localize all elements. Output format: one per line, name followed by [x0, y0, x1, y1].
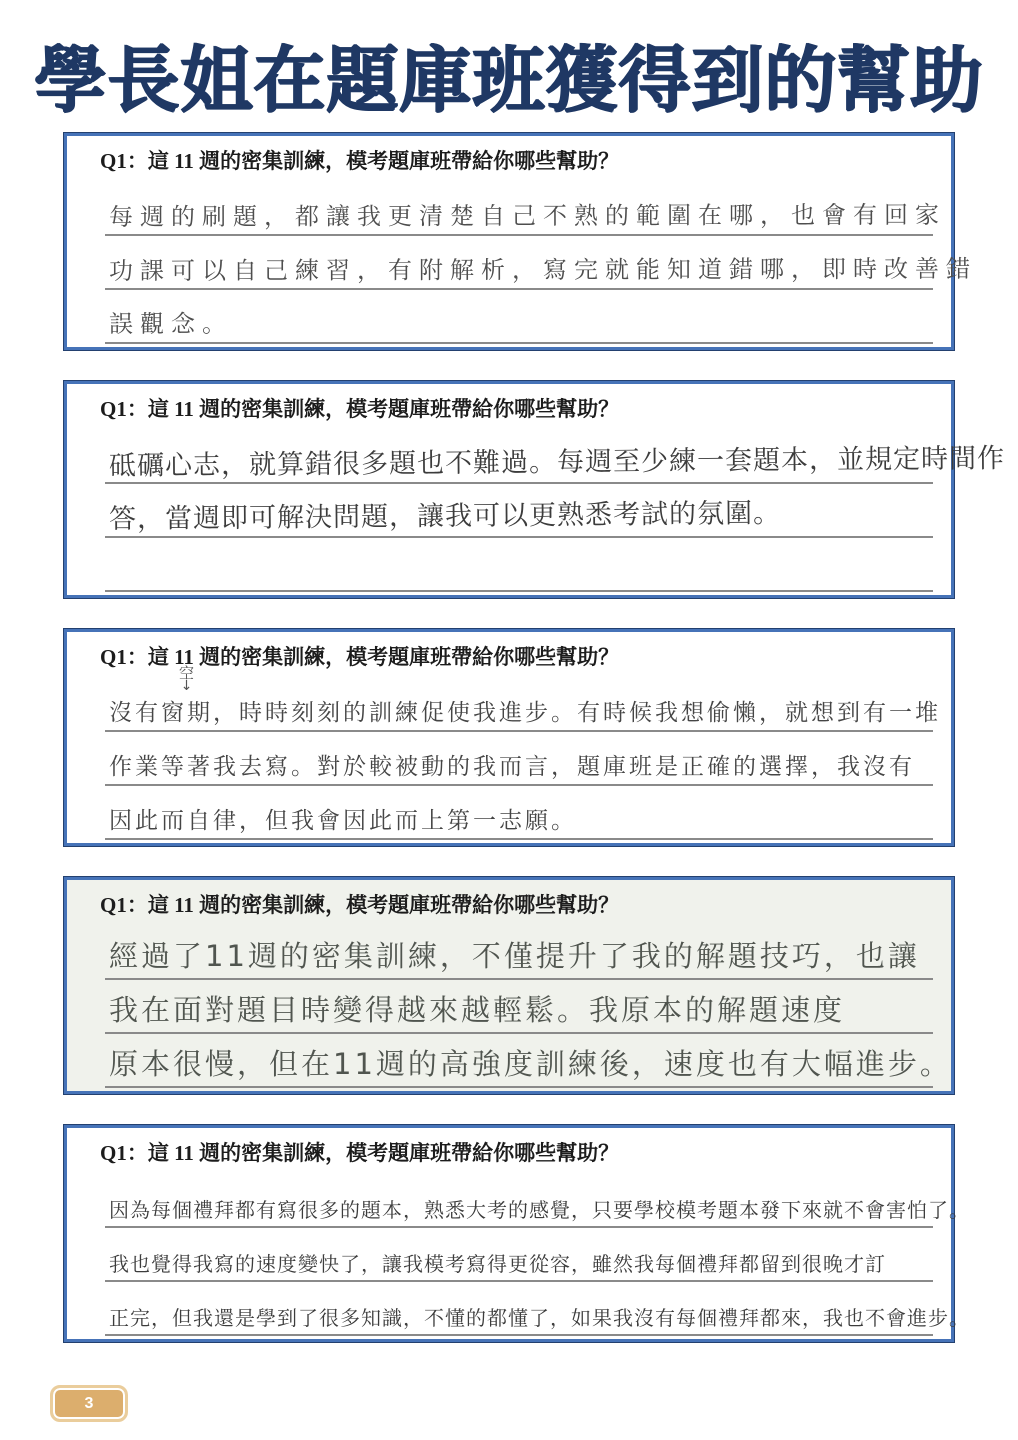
handwritten-answer-line: 我在面對題目時變得越來越輕鬆。我原本的解題速度 [109, 988, 845, 1029]
ruled-line: 砥礪心志，就算錯很多題也不難過。每週至少練一套題本，並規定時間作 [105, 430, 933, 484]
ruled-line: 原本很慢，但在11週的高強度訓練後，速度也有大幅進步。 [105, 1034, 933, 1088]
answer-area: 經過了11週的密集訓練，不僅提升了我的解題技巧，也讓 我在面對題目時變得越來越輕… [105, 926, 933, 1088]
handwritten-answer-line: 沒有窗期，時時刻刻的訓練促使我進步。有時候我想偷懶，就想到有一堆 [109, 694, 941, 727]
answer-area: 沒有窗期，時時刻刻的訓練促使我進步。有時候我想偷懶，就想到有一堆 作業等著我去寫… [105, 678, 933, 840]
ruled-line: 功課可以自己練習，有附解析，寫完就能知道錯哪，即時改善錯 [105, 236, 933, 290]
ruled-line: 我也覺得我寫的速度變快了，讓我模考寫得更從容，雖然我每個禮拜都留到很晚才訂 [105, 1228, 933, 1282]
ruled-line: 經過了11週的密集訓練，不僅提升了我的解題技巧，也讓 [105, 926, 933, 980]
ruled-line: 正完，但我還是學到了很多知識，不懂的都懂了，如果我沒有每個禮拜都來，我也不會進步… [105, 1282, 933, 1336]
question-text: Q1：這 11 週的密集訓練，模考題庫班帶給你哪些幫助？ [100, 641, 931, 671]
answer-area: 每週的刷題，都讓我更清楚自己不熟的範圍在哪，也會有回家 功課可以自己練習，有附解… [105, 182, 933, 344]
handwritten-answer-line: 每週的刷題，都讓我更清楚自己不熟的範圍在哪，也會有回家 [109, 195, 946, 232]
handwritten-answer-line: 原本很慢，但在11週的高強度訓練後，速度也有大幅進步。 [109, 1042, 952, 1083]
ruled-line: 答，當週即可解決問題，讓我可以更熟悉考試的氛圍。 [105, 484, 933, 538]
handwritten-answer-line: 因此而自律，但我會因此而上第一志願。 [109, 802, 577, 835]
ruled-line: 沒有窗期，時時刻刻的訓練促使我進步。有時候我想偷懶，就想到有一堆 [105, 678, 933, 732]
qa-card-1: Q1：這 11 週的密集訓練，模考題庫班帶給你哪些幫助？ 每週的刷題，都讓我更清… [64, 133, 954, 350]
handwritten-answer-line: 經過了11週的密集訓練，不僅提升了我的解題技巧，也讓 [109, 934, 920, 975]
question-text: Q1：這 11 週的密集訓練，模考題庫班帶給你哪些幫助？ [100, 393, 931, 423]
answer-area: 砥礪心志，就算錯很多題也不難過。每週至少練一套題本，並規定時間作 答，當週即可解… [105, 430, 933, 592]
answer-area: 因為每個禮拜都有寫很多的題本，熟悉大考的感覺，只要學校模考題本發下來就不會害怕了… [105, 1174, 933, 1336]
qa-card-2: Q1：這 11 週的密集訓練，模考題庫班帶給你哪些幫助？ 砥礪心志，就算錯很多題… [64, 381, 954, 598]
qa-card-4: Q1：這 11 週的密集訓練，模考題庫班帶給你哪些幫助？ 經過了11週的密集訓練… [64, 877, 954, 1094]
handwritten-answer-line: 正完，但我還是學到了很多知識，不懂的都懂了，如果我沒有每個禮拜都來，我也不會進步… [109, 1302, 970, 1331]
qa-card-list: Q1：這 11 週的密集訓練，模考題庫班帶給你哪些幫助？ 每週的刷題，都讓我更清… [64, 133, 954, 1373]
handwritten-answer-line: 作業等著我去寫。對於較被動的我而言，題庫班是正確的選擇，我沒有 [109, 748, 915, 781]
page-number: 3 [85, 1395, 94, 1413]
qa-card-3: Q1：這 11 週的密集訓練，模考題庫班帶給你哪些幫助？ 空 ↓ 沒有窗期，時時… [64, 629, 954, 846]
handwritten-answer-line: 誤觀念。 [109, 304, 233, 339]
page-title: 學長姐在題庫班獲得到的幫助 [0, 38, 1018, 124]
ruled-line: 誤觀念。 [105, 290, 933, 344]
ruled-line: 因為每個禮拜都有寫很多的題本，熟悉大考的感覺，只要學校模考題本發下來就不會害怕了… [105, 1174, 933, 1228]
ruled-line: 我在面對題目時變得越來越輕鬆。我原本的解題速度 [105, 980, 933, 1034]
handwritten-answer-line: 功課可以自己練習，有附解析，寫完就能知道錯哪，即時改善錯 [109, 249, 977, 286]
question-text: Q1：這 11 週的密集訓練，模考題庫班帶給你哪些幫助？ [100, 1137, 931, 1167]
handwritten-answer-line: 答，當週即可解決問題，讓我可以更熟悉考試的氛圍。 [109, 491, 781, 536]
ruled-line: 因此而自律，但我會因此而上第一志願。 [105, 786, 933, 840]
handwritten-answer-line: 砥礪心志，就算錯很多題也不難過。每週至少練一套題本，並規定時間作 [109, 436, 1005, 483]
ruled-line: 每週的刷題，都讓我更清楚自己不熟的範圍在哪，也會有回家 [105, 182, 933, 236]
question-text: Q1：這 11 週的密集訓練，模考題庫班帶給你哪些幫助？ [100, 145, 931, 175]
handwritten-answer-line: 因為每個禮拜都有寫很多的題本，熟悉大考的感覺，只要學校模考題本發下來就不會害怕了… [109, 1194, 970, 1223]
handwritten-answer-line: 我也覺得我寫的速度變快了，讓我模考寫得更從容，雖然我每個禮拜都留到很晚才訂 [109, 1248, 886, 1277]
page-number-badge: 3 [50, 1385, 128, 1422]
ruled-line [105, 538, 933, 592]
question-text: Q1：這 11 週的密集訓練，模考題庫班帶給你哪些幫助？ [100, 889, 931, 919]
ruled-line: 作業等著我去寫。對於較被動的我而言，題庫班是正確的選擇，我沒有 [105, 732, 933, 786]
qa-card-5: Q1：這 11 週的密集訓練，模考題庫班帶給你哪些幫助？ 因為每個禮拜都有寫很多… [64, 1125, 954, 1342]
